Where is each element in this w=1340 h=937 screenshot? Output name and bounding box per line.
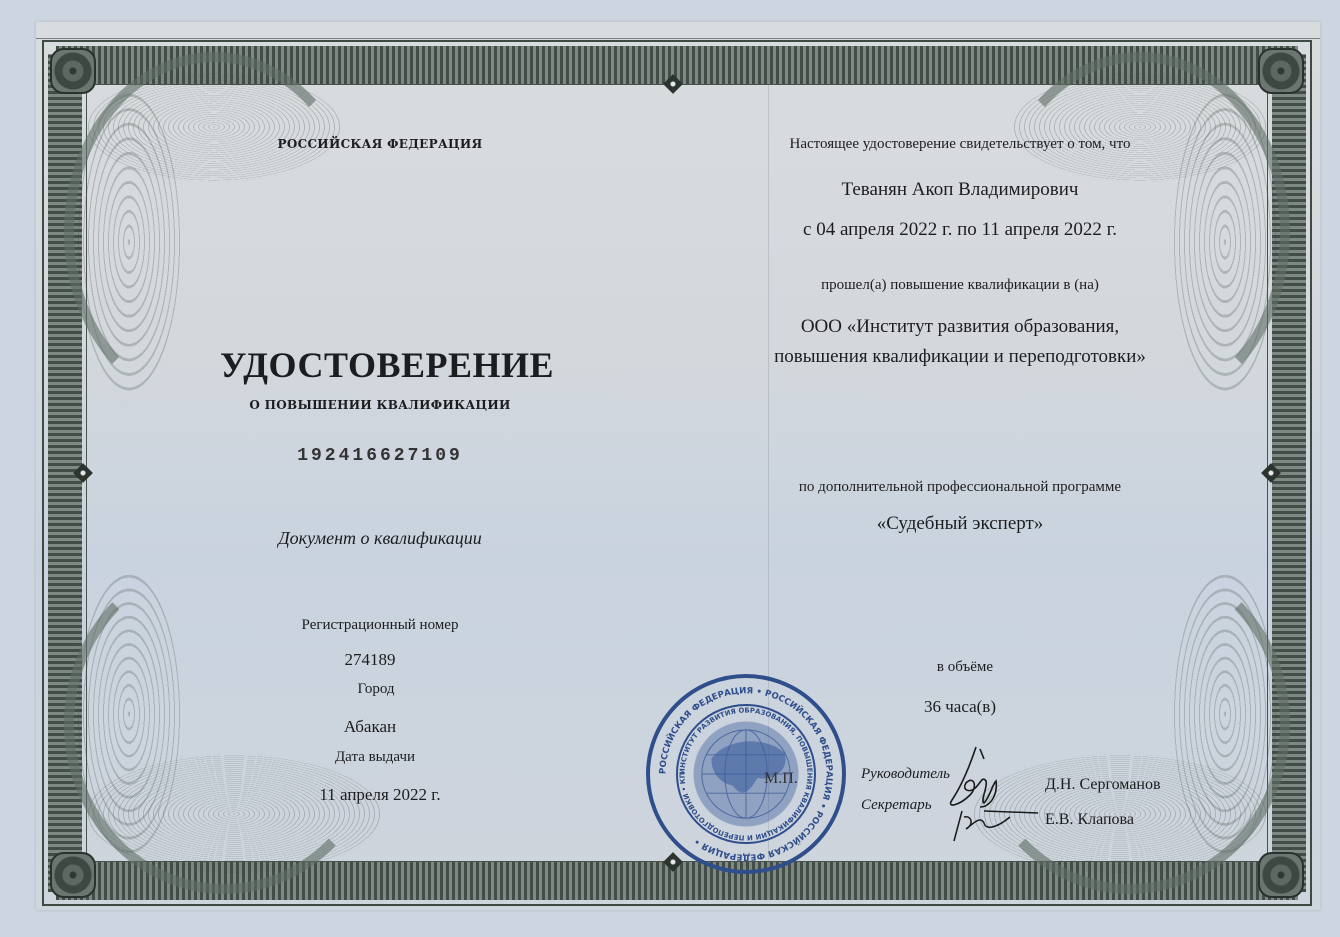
program-name: «Судебный эксперт»	[760, 513, 1160, 535]
registration-number: 274189	[300, 650, 440, 670]
completed-label: прошел(а) повышение квалификации в (на)	[760, 277, 1160, 294]
signature-role-secretary: Секретарь	[861, 797, 932, 814]
city-value: Абакан	[300, 717, 440, 737]
organization-line1: ООО «Институт развития образования,	[760, 316, 1160, 338]
signature-role-director: Руководитель	[861, 766, 950, 783]
registration-label: Регистрационный номер	[220, 617, 540, 634]
issue-date: 11 апреля 2022 г.	[290, 785, 470, 805]
corner-rosette-icon	[50, 48, 96, 94]
official-seal: РОССИЙСКАЯ ФЕДЕРАЦИЯ • РОССИЙСКАЯ ФЕДЕРА…	[646, 674, 846, 874]
corner-rosette-icon	[1258, 48, 1304, 94]
volume-label: в объёме	[900, 659, 1030, 676]
serial-number: 192416627109	[220, 446, 540, 466]
top-rule	[36, 38, 1320, 39]
signature-name-secretary: Е.В. Клапова	[1045, 811, 1134, 829]
handwritten-signature-icon	[940, 745, 1050, 845]
training-period: с 04 апреля 2022 г. по 11 апреля 2022 г.	[760, 219, 1160, 241]
seal-text-ring: РОССИЙСКАЯ ФЕДЕРАЦИЯ • РОССИЙСКАЯ ФЕДЕРА…	[650, 678, 842, 870]
certificate-title: УДОСТОВЕРЕНИЕ	[220, 344, 540, 386]
document-type: Документ о квалификации	[220, 528, 540, 549]
city-label: Город	[316, 681, 436, 698]
holder-name: Теванян Акоп Владимирович	[760, 179, 1160, 201]
organization-line2: повышения квалификации и переподготовки»	[760, 346, 1160, 368]
corner-rosette-icon	[1258, 852, 1304, 898]
volume-hours: 36 часа(в)	[900, 697, 1020, 717]
program-label: по дополнительной профессиональной прогр…	[760, 479, 1160, 496]
signature-name-director: Д.Н. Сергоманов	[1045, 776, 1161, 794]
country-heading: РОССИЙСКАЯ ФЕДЕРАЦИЯ	[220, 137, 540, 151]
issue-date-label: Дата выдачи	[300, 749, 450, 766]
intro-text: Настоящее удостоверение свидетельствует …	[760, 136, 1160, 153]
corner-rosette-icon	[50, 852, 96, 898]
certificate-subtitle: О ПОВЫШЕНИИ КВАЛИФИКАЦИИ	[220, 398, 540, 412]
seal-mark: М.П.	[764, 770, 798, 788]
